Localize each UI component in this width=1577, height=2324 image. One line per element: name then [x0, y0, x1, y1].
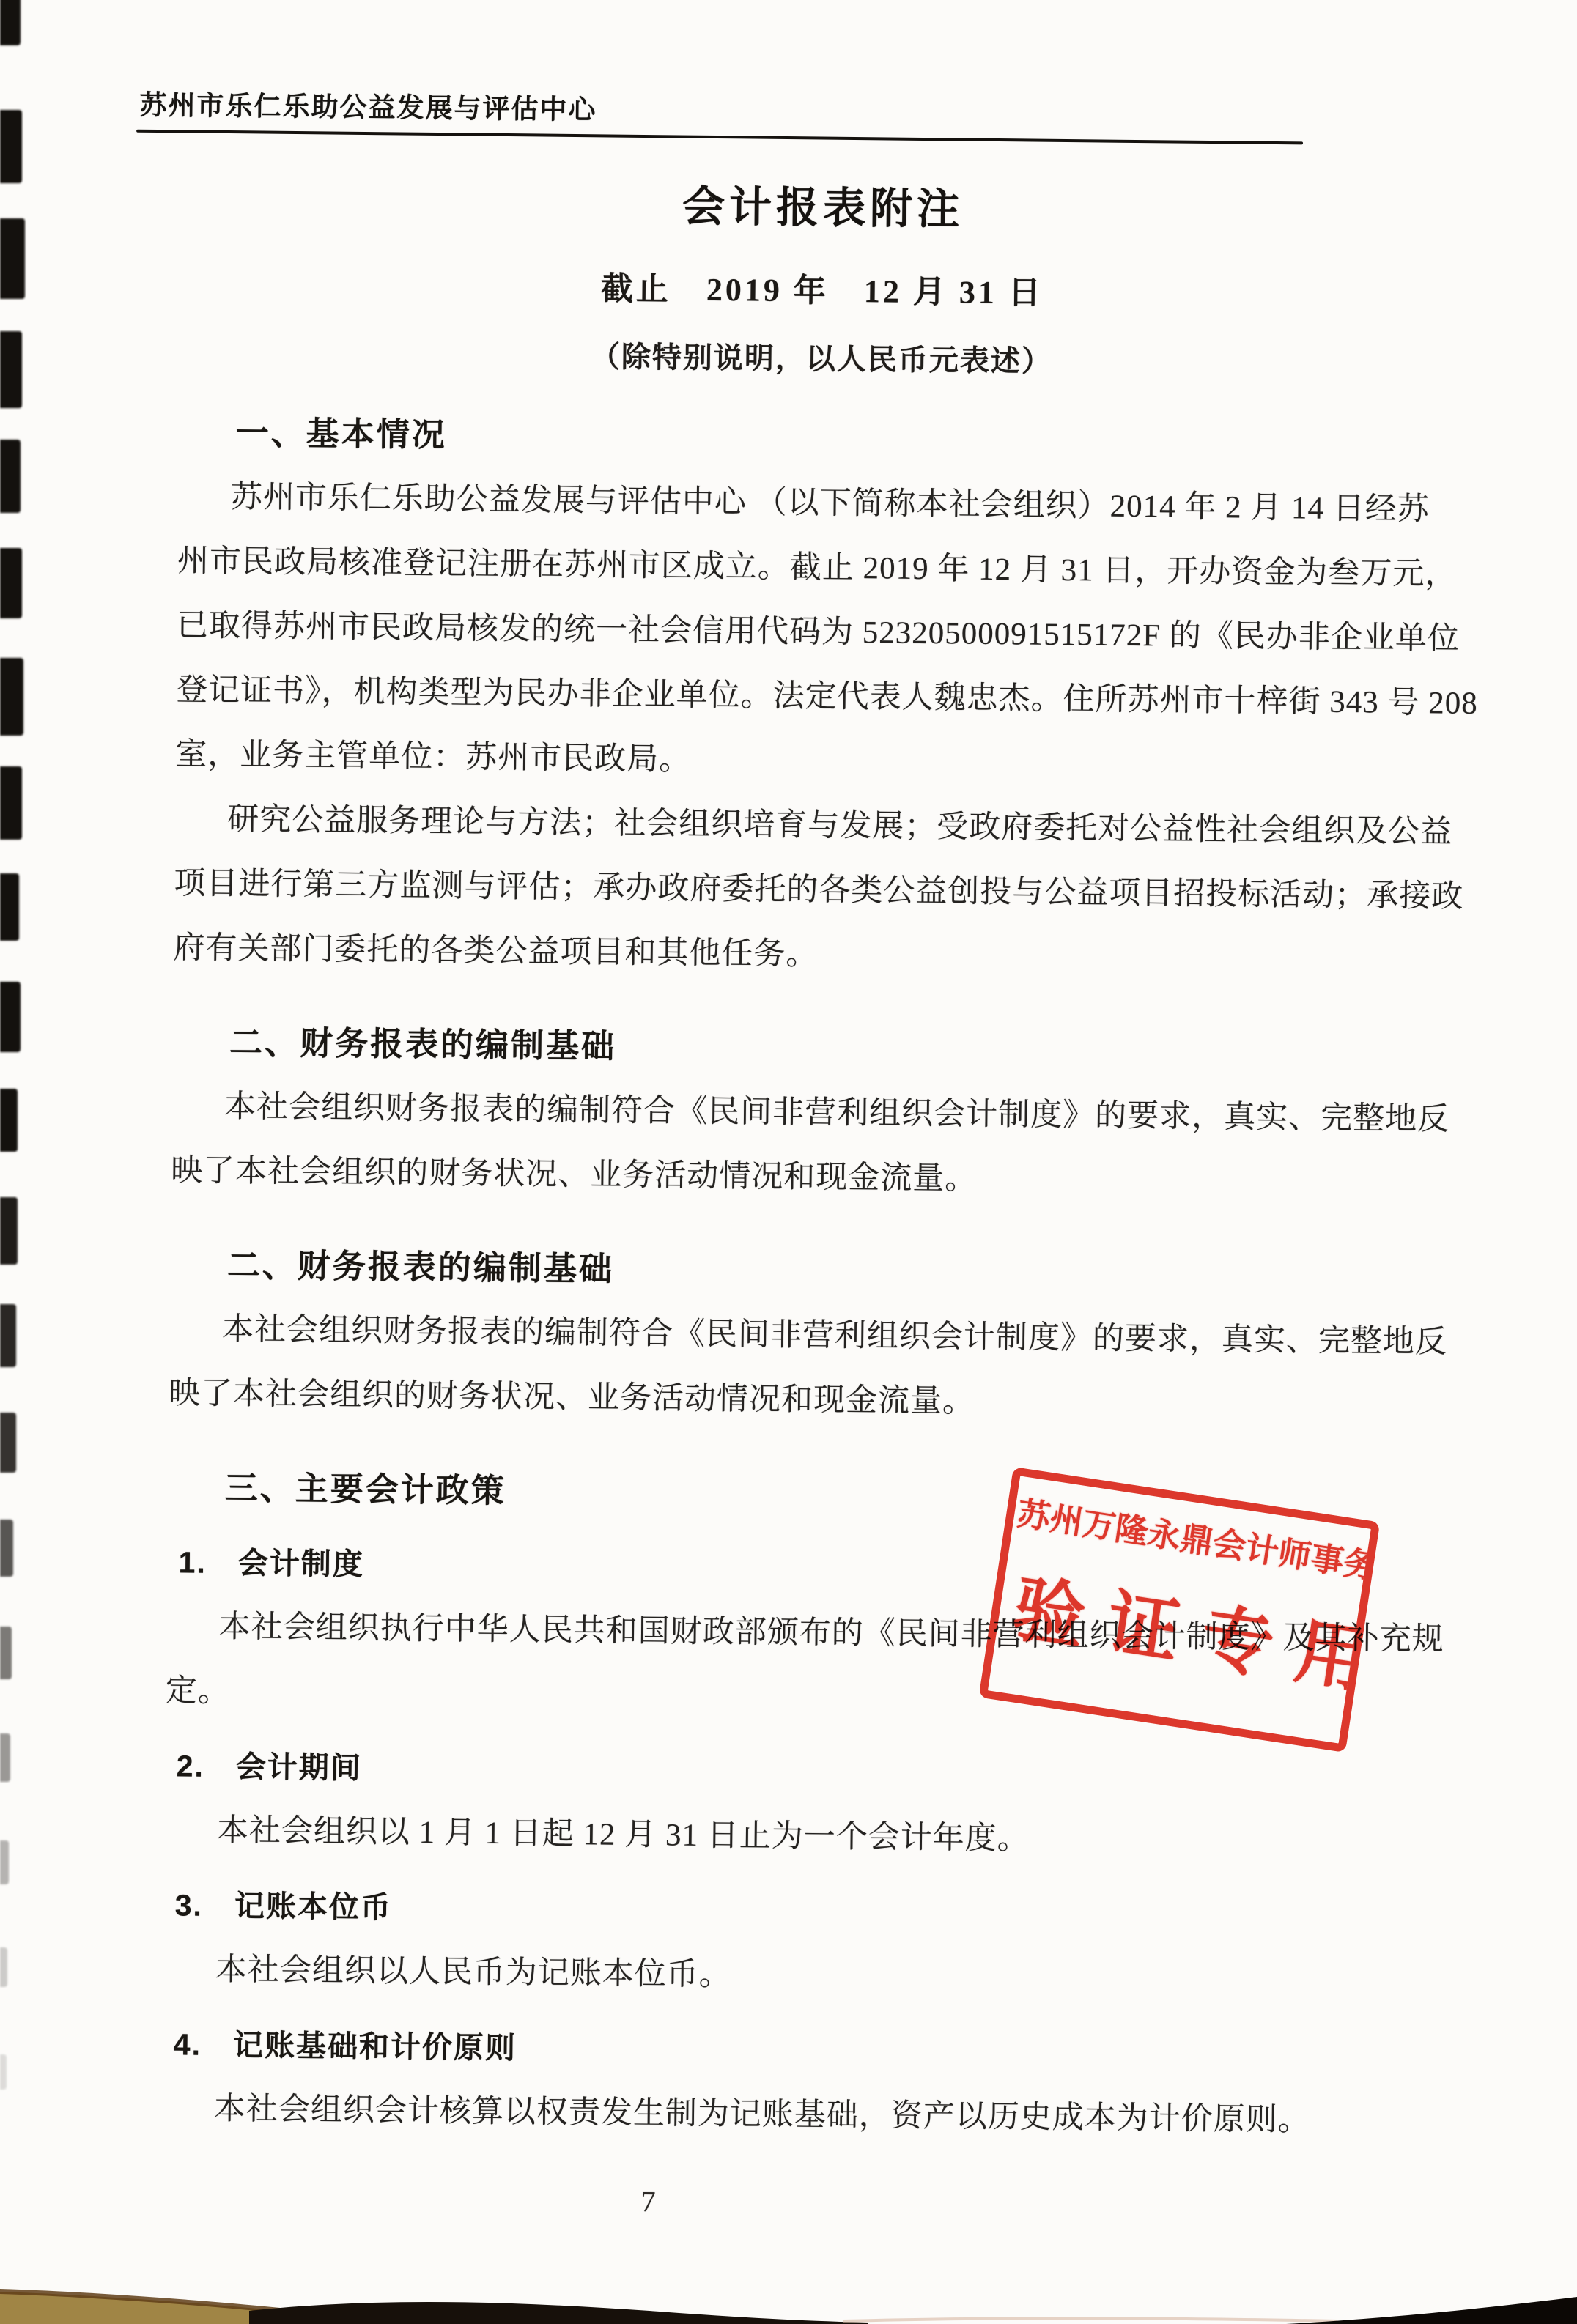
page-number: 7 [6, 2177, 1290, 2225]
paragraph: 本社会组织以人民币为记账本位币。 [162, 1937, 1447, 2015]
desk-edge-black-left [249, 2302, 868, 2324]
paragraph: 研究公益服务理论与方法；社会组织培育与发展；受政府委托对公益性社会组织及公益项目… [173, 787, 1459, 993]
text-line: 映了本社会组织的财务状况、业务活动情况和现金流量。 [169, 1361, 1453, 1439]
document-body: 一、基本情况苏州市乐仁乐助公益发展与评估中心 （以下简称本社会组织）2014 年… [160, 400, 1463, 2154]
paragraph: 本社会组织财务报表的编制符合《民间非营利组织会计制度》的要求，真实、完整地反映了… [169, 1297, 1454, 1439]
currency-note-line: （除特别说明，以人民币元表述） [180, 329, 1464, 384]
paragraph: 苏州市乐仁乐助公益发展与评估中心 （以下简称本社会组织）2014 年 2 月 1… [175, 465, 1463, 800]
text-line: 本社会组织以 1 月 1 日起 12 月 31 日止为一个会计年度。 [163, 1798, 1448, 1876]
text-line: 本社会组织会计核算以权责发生制为记账基础，资产以历史成本为计价原则。 [160, 2076, 1445, 2154]
scan-bottom-edge [0, 2273, 1577, 2324]
text-line: 映了本社会组织的财务状况、业务活动情况和现金流量。 [171, 1139, 1455, 1216]
text-line: 本社会组织以人民币为记账本位币。 [162, 1937, 1447, 2015]
as-of-date-line: 截止 2019 年 12 月 31 日 [180, 257, 1465, 317]
paragraph: 本社会组织以 1 月 1 日起 12 月 31 日止为一个会计年度。 [163, 1798, 1448, 1876]
doc-title: 会计报表附注 [181, 166, 1466, 241]
sheet: 苏州市乐仁乐助公益发展与评估中心 会计报表附注 截止 2019 年 12 月 3… [0, 0, 1577, 2228]
paragraph: 本社会组织会计核算以权责发生制为记账基础，资产以历史成本为计价原则。 [160, 2076, 1445, 2154]
text-line: 府有关部门委托的各类公益项目和其他任务。 [173, 916, 1458, 993]
desk-edge-faint-mid [843, 2317, 1337, 2323]
paragraph: 本社会组织财务报表的编制符合《民间非营利组织会计制度》的要求，真实、完整地反映了… [171, 1074, 1456, 1216]
scanned-document-page: 苏州市乐仁乐助公益发展与评估中心 会计报表附注 截止 2019 年 12 月 3… [0, 0, 1577, 2324]
org-header: 苏州市乐仁乐助公益发展与评估中心 [139, 83, 1466, 136]
